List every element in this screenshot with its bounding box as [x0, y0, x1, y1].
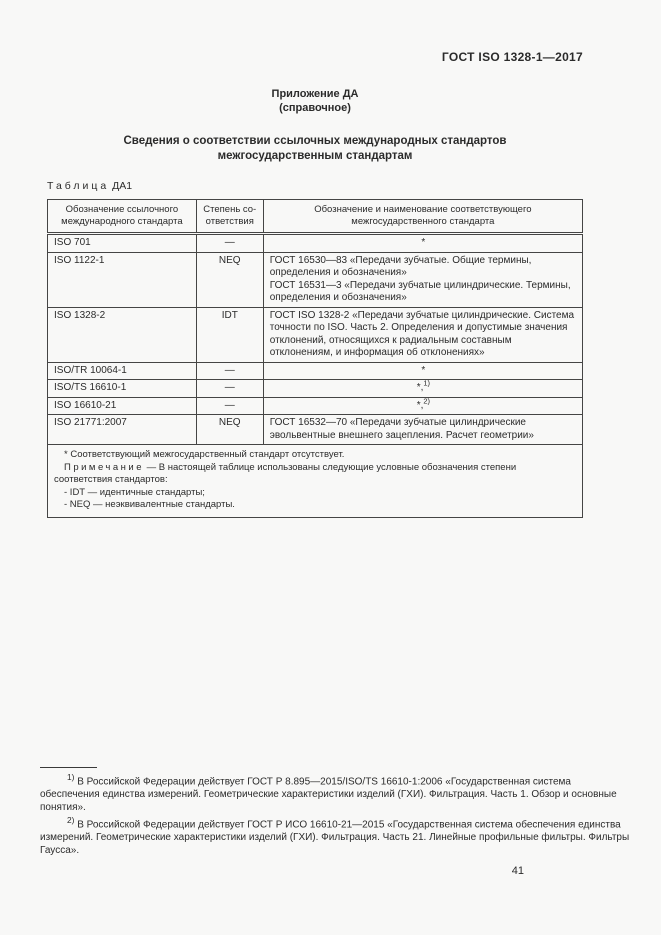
appendix-subtitle: (справочное)	[47, 101, 583, 115]
ref-standard-cell: ISO 1122-1	[48, 252, 197, 307]
ref-standard-cell: ISO/TS 16610-1	[48, 380, 197, 398]
correspondence-table: Обозначение ссылочного международного ст…	[47, 199, 583, 518]
footnote-reference: 2)	[423, 396, 430, 405]
table-footer-cell: * Соответствующий межгосударственный ста…	[48, 445, 583, 518]
footnote-2: 2) В Российской Федерации действует ГОСТ…	[40, 814, 630, 857]
degree-cell: NEQ	[196, 415, 263, 445]
section-heading: Сведения о соответствии ссылочных междун…	[47, 134, 583, 164]
table-label: Таблица ДА1	[47, 180, 583, 192]
standard-entry: ГОСТ ISO 1328-2 «Передачи зубчатые цилин…	[270, 310, 577, 360]
note-item-idt: - IDT — идентичные стандарты;	[54, 487, 576, 500]
degree-cell: —	[196, 397, 263, 415]
footnotes-section: 1) В Российской Федерации действует ГОСТ…	[40, 767, 630, 858]
standard-entry: ГОСТ 16531—3 «Передачи зубчатые цилиндри…	[270, 280, 577, 305]
star-note: * Соответствующий межгосударственный ста…	[54, 449, 576, 462]
note-label: Примечание	[64, 462, 144, 473]
header-degree: Степень со- ответствия	[196, 200, 263, 234]
table-row: ISO 1122-1NEQГОСТ 16530—83 «Передачи зуб…	[48, 252, 583, 307]
correspondence-cell: ГОСТ 16530—83 «Передачи зубчатые. Общие …	[263, 252, 582, 307]
appendix-title: Приложение ДА	[47, 87, 583, 101]
footnote-1-text: В Российской Федерации действует ГОСТ Р …	[40, 776, 617, 813]
correspondence-cell: *	[263, 234, 582, 253]
table-row: ISO 16610-21—*,2)	[48, 397, 583, 415]
footnote-1-marker: 1)	[67, 772, 74, 782]
header-correspondence: Обозначение и наименование соответствующ…	[263, 200, 582, 234]
footnote-reference: 1)	[423, 379, 430, 388]
footnote-divider	[40, 767, 97, 768]
table-row: ISO 1328-2IDTГОСТ ISO 1328-2 «Передачи з…	[48, 307, 583, 362]
footnote-1: 1) В Российской Федерации действует ГОСТ…	[40, 771, 630, 814]
doc-code-header: ГОСТ ISO 1328-1—2017	[47, 50, 583, 64]
note-item-neq: - NEQ — неэквивалентные стандарты.	[54, 499, 576, 512]
blank-space	[40, 518, 630, 767]
table-footer-row: * Соответствующий межгосударственный ста…	[48, 445, 583, 518]
degree-cell: —	[196, 380, 263, 398]
header-ref-standard: Обозначение ссылочного международного ст…	[48, 200, 197, 234]
correspondence-cell: ГОСТ ISO 1328-2 «Передачи зубчатые цилин…	[263, 307, 582, 362]
ref-standard-cell: ISO 1328-2	[48, 307, 197, 362]
standard-entry: ГОСТ 16532—70 «Передачи зубчатые цилиндр…	[270, 417, 577, 442]
correspondence-cell: *,1)	[263, 380, 582, 398]
footnote-2-text: В Российской Федерации действует ГОСТ Р …	[40, 819, 629, 856]
degree-cell: IDT	[196, 307, 263, 362]
standard-entry: ГОСТ 16530—83 «Передачи зубчатые. Общие …	[270, 255, 577, 280]
page-number: 41	[47, 865, 583, 877]
heading-line-1: Сведения о соответствии ссылочных междун…	[47, 134, 583, 149]
degree-cell: —	[196, 234, 263, 253]
correspondence-cell: ГОСТ 16532—70 «Передачи зубчатые цилиндр…	[263, 415, 582, 445]
correspondence-cell: *	[263, 362, 582, 380]
table-label-word: Таблица	[47, 180, 109, 192]
table-label-id: ДА1	[112, 180, 132, 192]
degree-cell: NEQ	[196, 252, 263, 307]
ref-standard-cell: ISO 701	[48, 234, 197, 253]
table-row: ISO/TS 16610-1—*,1)	[48, 380, 583, 398]
degree-cell: —	[196, 362, 263, 380]
correspondence-cell: *,2)	[263, 397, 582, 415]
note-paragraph: Примечание — В настоящей таблице использ…	[54, 462, 576, 487]
ref-standard-cell: ISO/TR 10064-1	[48, 362, 197, 380]
table-body: ISO 701—*ISO 1122-1NEQГОСТ 16530—83 «Пер…	[48, 234, 583, 445]
heading-line-2: межгосударственным стандартам	[47, 149, 583, 164]
document-page: ГОСТ ISO 1328-1—2017 Приложение ДА (спра…	[0, 0, 661, 935]
table-row: ISO 21771:2007NEQГОСТ 16532—70 «Передачи…	[48, 415, 583, 445]
table-row: ISO/TR 10064-1—*	[48, 362, 583, 380]
ref-standard-cell: ISO 21771:2007	[48, 415, 197, 445]
table-row: ISO 701—*	[48, 234, 583, 253]
table-notes: * Соответствующий межгосударственный ста…	[54, 449, 576, 512]
footnote-2-marker: 2)	[67, 815, 74, 825]
table-header-row: Обозначение ссылочного международного ст…	[48, 200, 583, 234]
main-column: ГОСТ ISO 1328-1—2017 Приложение ДА (спра…	[47, 50, 583, 518]
ref-standard-cell: ISO 16610-21	[48, 397, 197, 415]
appendix-header: Приложение ДА (справочное)	[47, 87, 583, 115]
